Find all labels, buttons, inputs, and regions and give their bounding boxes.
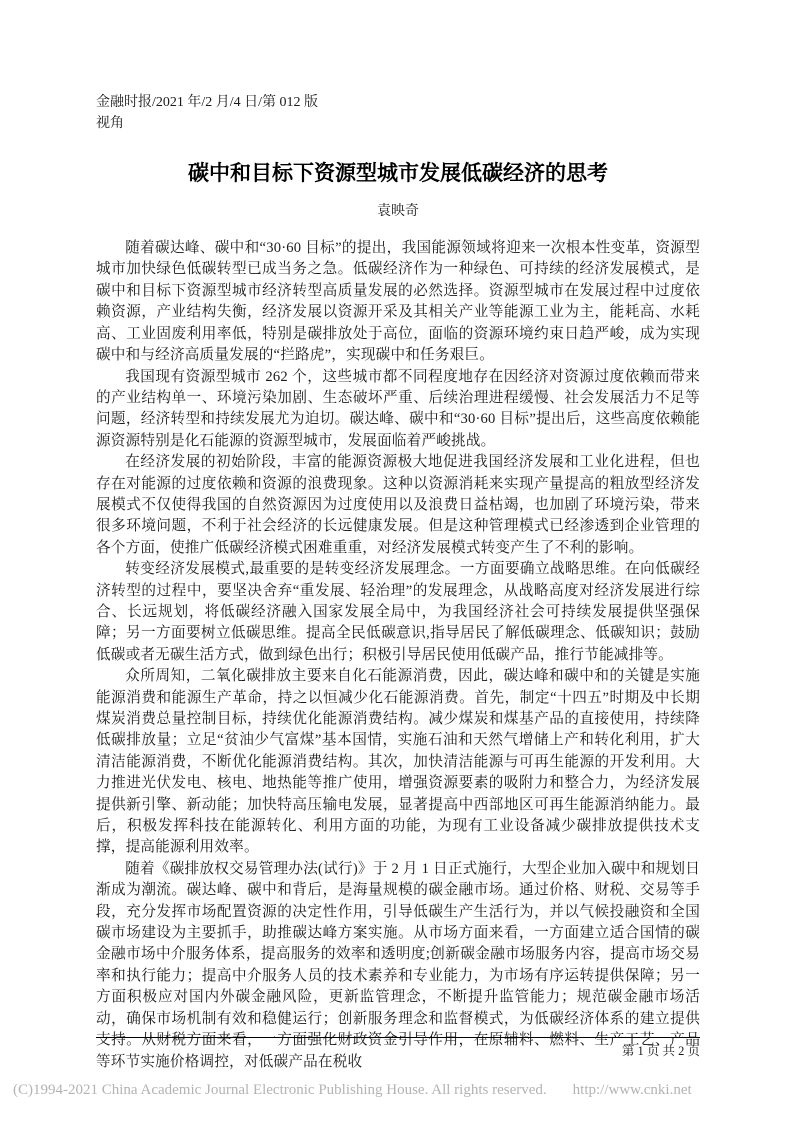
footer-divider bbox=[96, 1037, 700, 1038]
paragraph: 在经济发展的初始阶段，丰富的能源资源极大地促进我国经济发展和工业化进程，但也存在… bbox=[96, 452, 700, 559]
page-content: 金融时报/2021 年/2 月/4 日/第 012 版 视角 碳中和目标下资源型… bbox=[96, 92, 700, 1073]
article-body: 随着碳达峰、碳中和“30·60 目标”的提出，我国能源领域将迎来一次根本性变革，… bbox=[96, 238, 700, 1073]
cnki-watermark: (C)1994-2021 China Academic Journal Elec… bbox=[13, 1082, 783, 1099]
article-author: 袁映奇 bbox=[96, 202, 700, 222]
paragraph: 转变经济发展模式,最重要的是转变经济发展理念。一方面要确立战略思维。在向低碳经济… bbox=[96, 559, 700, 666]
source-line: 金融时报/2021 年/2 月/4 日/第 012 版 bbox=[96, 92, 700, 113]
watermark-url: http://www.cnki.net bbox=[573, 1082, 692, 1099]
column-label: 视角 bbox=[96, 113, 700, 134]
page-number: 第 1 页 共 2 页 bbox=[96, 1043, 700, 1059]
paragraph: 众所周知，二氧化碳排放主要来自化石能源消费，因此，碳达峰和碳中和的关键是实施能源… bbox=[96, 666, 700, 859]
document-page: { "doc": { "source_line": "金融时报/2021 年/2… bbox=[0, 0, 793, 1122]
paragraph: 我国现有资源型城市 262 个，这些城市都不同程度地存在因经济对资源过度依赖而带… bbox=[96, 367, 700, 453]
document-header: 金融时报/2021 年/2 月/4 日/第 012 版 视角 bbox=[96, 92, 700, 134]
page-footer: 第 1 页 共 2 页 bbox=[96, 1037, 700, 1059]
paragraph: 随着碳达峰、碳中和“30·60 目标”的提出，我国能源领域将迎来一次根本性变革，… bbox=[96, 238, 700, 366]
article-title: 碳中和目标下资源型城市发展低碳经济的思考 bbox=[96, 158, 700, 188]
watermark-copyright: (C)1994-2021 China Academic Journal Elec… bbox=[13, 1082, 547, 1099]
